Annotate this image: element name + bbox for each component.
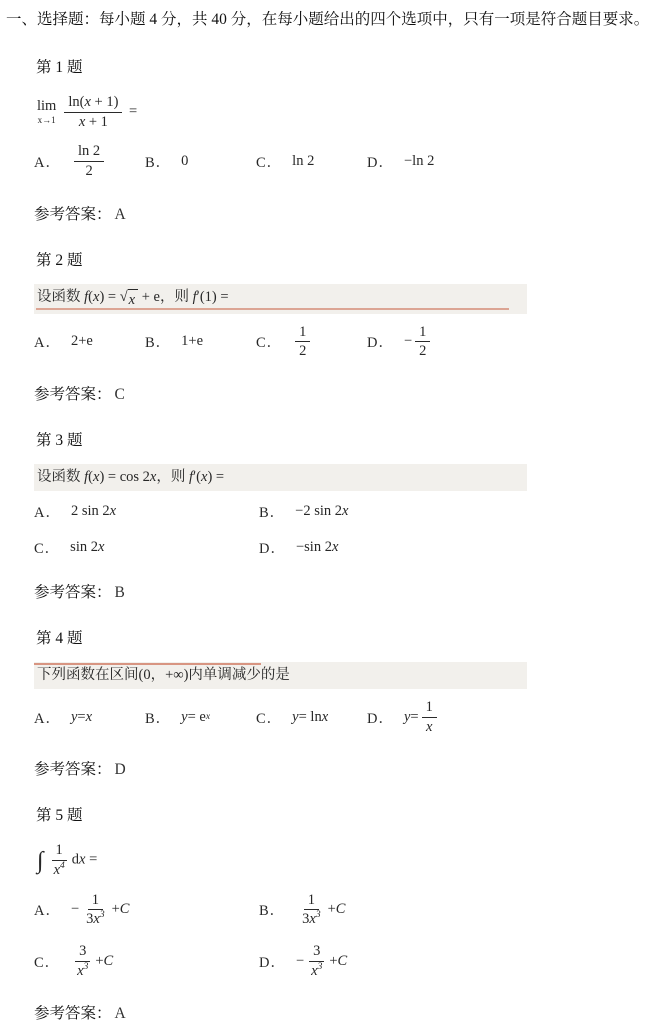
option: A．y = x: [34, 707, 145, 728]
option: A．ln 22: [34, 143, 145, 179]
option: C．y = ln x: [256, 707, 367, 728]
option-label: B．: [259, 501, 285, 522]
question-title: 第 4 题: [36, 626, 651, 648]
option-label: D．: [367, 151, 394, 172]
question-stem: ∫1x4dx =: [34, 839, 107, 881]
option-math: 1+e: [181, 333, 203, 350]
option: B．13x3 + C: [259, 892, 484, 928]
question-stem: 设函数 f(x) = cos 2x，则 f′(x) =: [34, 464, 527, 491]
question-title: 第 5 题: [36, 803, 651, 825]
answer-value: C: [115, 386, 125, 403]
option: B．1+e: [145, 331, 256, 352]
question-block: 第 3 题 设函数 f(x) = cos 2x，则 f′(x) = A．2 si…: [6, 428, 651, 602]
option: D．−sin 2x: [259, 537, 484, 558]
stem-row: 下列函数在区间(0，+∞)内单调减少的是: [34, 662, 651, 689]
answer-value: A: [115, 206, 126, 223]
stem-row: limx→1ln(x + 1)x + 1 =: [34, 91, 651, 133]
answer-line: 参考答案：A: [34, 202, 651, 224]
fraction: ln(x + 1)x + 1: [64, 94, 122, 130]
answer-value: D: [115, 761, 126, 778]
option-math: −13x3 + C: [71, 892, 129, 928]
fraction: 12: [415, 324, 430, 360]
option: C．ln 2: [256, 151, 367, 172]
option-label: D．: [367, 331, 394, 352]
fraction: 12: [295, 324, 310, 360]
question-block: 第 2 题 设函数 f(x) = √x + e，则 f′(1) = A．2+eB…: [6, 248, 651, 404]
question-list: 第 1 题 limx→1ln(x + 1)x + 1 = A．ln 22B．0C…: [6, 55, 651, 1023]
option: B．y = ex: [145, 707, 256, 728]
answer-line: 参考答案：A: [34, 1001, 651, 1023]
option-math: ln 22: [71, 143, 107, 179]
question-block: 第 1 题 limx→1ln(x + 1)x + 1 = A．ln 22B．0C…: [6, 55, 651, 224]
option: B．−2 sin 2x: [259, 501, 484, 522]
question-block: 第 4 题 下列函数在区间(0，+∞)内单调减少的是 A．y = xB．y = …: [6, 626, 651, 779]
question-scan: 下列函数在区间(0，+∞)内单调减少的是 A．y = xB．y = exC．y …: [34, 662, 651, 735]
option-math: sin 2x: [70, 539, 104, 556]
question-stem: limx→1ln(x + 1)x + 1 =: [34, 91, 147, 133]
option-math: −3x3 + C: [296, 943, 347, 979]
option-label: A．: [34, 151, 61, 172]
option-label: B．: [145, 707, 171, 728]
integral-sign: ∫: [37, 848, 44, 874]
option-math: −ln 2: [404, 153, 434, 170]
option-math: ln 2: [292, 153, 314, 170]
question-stem: 下列函数在区间(0，+∞)内单调减少的是: [34, 662, 527, 689]
option: D．−3x3 + C: [259, 943, 484, 979]
option-label: B．: [259, 899, 285, 920]
option-math: 2+e: [71, 333, 93, 350]
option-label: D．: [259, 537, 286, 558]
section-header: 一、选择题：每小题 4 分，共 40 分，在每小题给出的四个选项中，只有一项是符…: [6, 10, 651, 31]
option-math: 3x3 + C: [70, 943, 113, 979]
answer-label: 参考答案：: [34, 761, 112, 778]
option-label: A．: [34, 899, 61, 920]
answer-label: 参考答案：: [34, 1005, 112, 1022]
answer-value: B: [115, 584, 125, 601]
options-row: A．ln 22B．0C．ln 2D．−ln 2: [34, 143, 651, 179]
option-math: y = 1x: [404, 699, 440, 735]
option-math: 2 sin 2x: [71, 503, 116, 520]
option-label: D．: [259, 951, 286, 972]
question-scan: ∫1x4dx = A．−13x3 + CB．13x3 + CC．3x3 + CD…: [34, 839, 651, 979]
option-math: −12: [404, 324, 433, 360]
option-math: −sin 2x: [296, 539, 338, 556]
stem-row: 设函数 f(x) = √x + e，则 f′(1) =: [34, 284, 651, 314]
option: C．12: [256, 324, 367, 360]
option-label: C．: [256, 707, 282, 728]
answer-label: 参考答案：: [34, 584, 112, 601]
question-title: 第 2 题: [36, 248, 651, 270]
exam-page: 一、选择题：每小题 4 分，共 40 分，在每小题给出的四个选项中，只有一项是符…: [0, 0, 659, 1029]
option-label: A．: [34, 707, 61, 728]
options-row: A．2+eB．1+eC．12D．−12: [34, 324, 651, 360]
answer-line: 参考答案：C: [34, 382, 651, 404]
option-label: B．: [145, 151, 171, 172]
option: C．sin 2x: [34, 537, 259, 558]
option-label: A．: [34, 331, 61, 352]
limit: limx→1: [37, 99, 56, 125]
option-math: y = x: [71, 709, 92, 726]
stem-row: ∫1x4dx =: [34, 839, 651, 881]
option-label: D．: [367, 707, 394, 728]
fraction: 1x: [422, 699, 437, 735]
option: A．2 sin 2x: [34, 501, 259, 522]
option: D．y = 1x: [367, 699, 478, 735]
fraction: 13x3: [82, 892, 108, 928]
option-label: A．: [34, 501, 61, 522]
option-math: y = ln x: [292, 709, 328, 726]
option-label: C．: [256, 151, 282, 172]
answer-value: A: [115, 1005, 126, 1022]
question-scan: 设函数 f(x) = √x + e，则 f′(1) = A．2+eB．1+eC．…: [34, 284, 651, 360]
answer-line: 参考答案：D: [34, 757, 651, 779]
option-label: C．: [256, 331, 282, 352]
option-math: −2 sin 2x: [295, 503, 348, 520]
option-math: 13x3 + C: [295, 892, 345, 928]
question-stem: 设函数 f(x) = √x + e，则 f′(1) =: [34, 284, 527, 314]
fraction: ln 22: [74, 143, 104, 179]
option: B．0: [145, 151, 256, 172]
radical: √x: [120, 289, 138, 311]
option: C．3x3 + C: [34, 943, 259, 979]
question-scan: limx→1ln(x + 1)x + 1 = A．ln 22B．0C．ln 2D…: [34, 91, 651, 180]
option-math: 12: [292, 324, 313, 360]
question-scan: 设函数 f(x) = cos 2x，则 f′(x) = A．2 sin 2xB．…: [34, 464, 651, 558]
option-label: B．: [145, 331, 171, 352]
fraction: 13x3: [298, 892, 324, 928]
fraction: 3x3: [307, 943, 326, 979]
option-math: y = ex: [181, 709, 210, 726]
option: A．−13x3 + C: [34, 892, 259, 928]
question-block: 第 5 题 ∫1x4dx = A．−13x3 + CB．13x3 + CC．3x…: [6, 803, 651, 1023]
stem-row: 设函数 f(x) = cos 2x，则 f′(x) =: [34, 464, 651, 491]
options-row: A．y = xB．y = exC．y = ln xD．y = 1x: [34, 699, 651, 735]
option: D．−12: [367, 324, 478, 360]
fraction: 1x4: [50, 842, 69, 878]
option-math: 0: [181, 153, 188, 170]
option-label: C．: [34, 951, 60, 972]
answer-line: 参考答案：B: [34, 580, 651, 602]
options-row: A．2 sin 2xB．−2 sin 2xC．sin 2xD．−sin 2x: [34, 501, 651, 558]
option: A．2+e: [34, 331, 145, 352]
question-title: 第 3 题: [36, 428, 651, 450]
option-label: C．: [34, 537, 60, 558]
options-row: A．−13x3 + CB．13x3 + CC．3x3 + CD．−3x3 + C: [34, 892, 651, 980]
option: D．−ln 2: [367, 151, 478, 172]
answer-label: 参考答案：: [34, 206, 112, 223]
answer-label: 参考答案：: [34, 386, 112, 403]
fraction: 3x3: [73, 943, 92, 979]
question-title: 第 1 题: [36, 55, 651, 77]
